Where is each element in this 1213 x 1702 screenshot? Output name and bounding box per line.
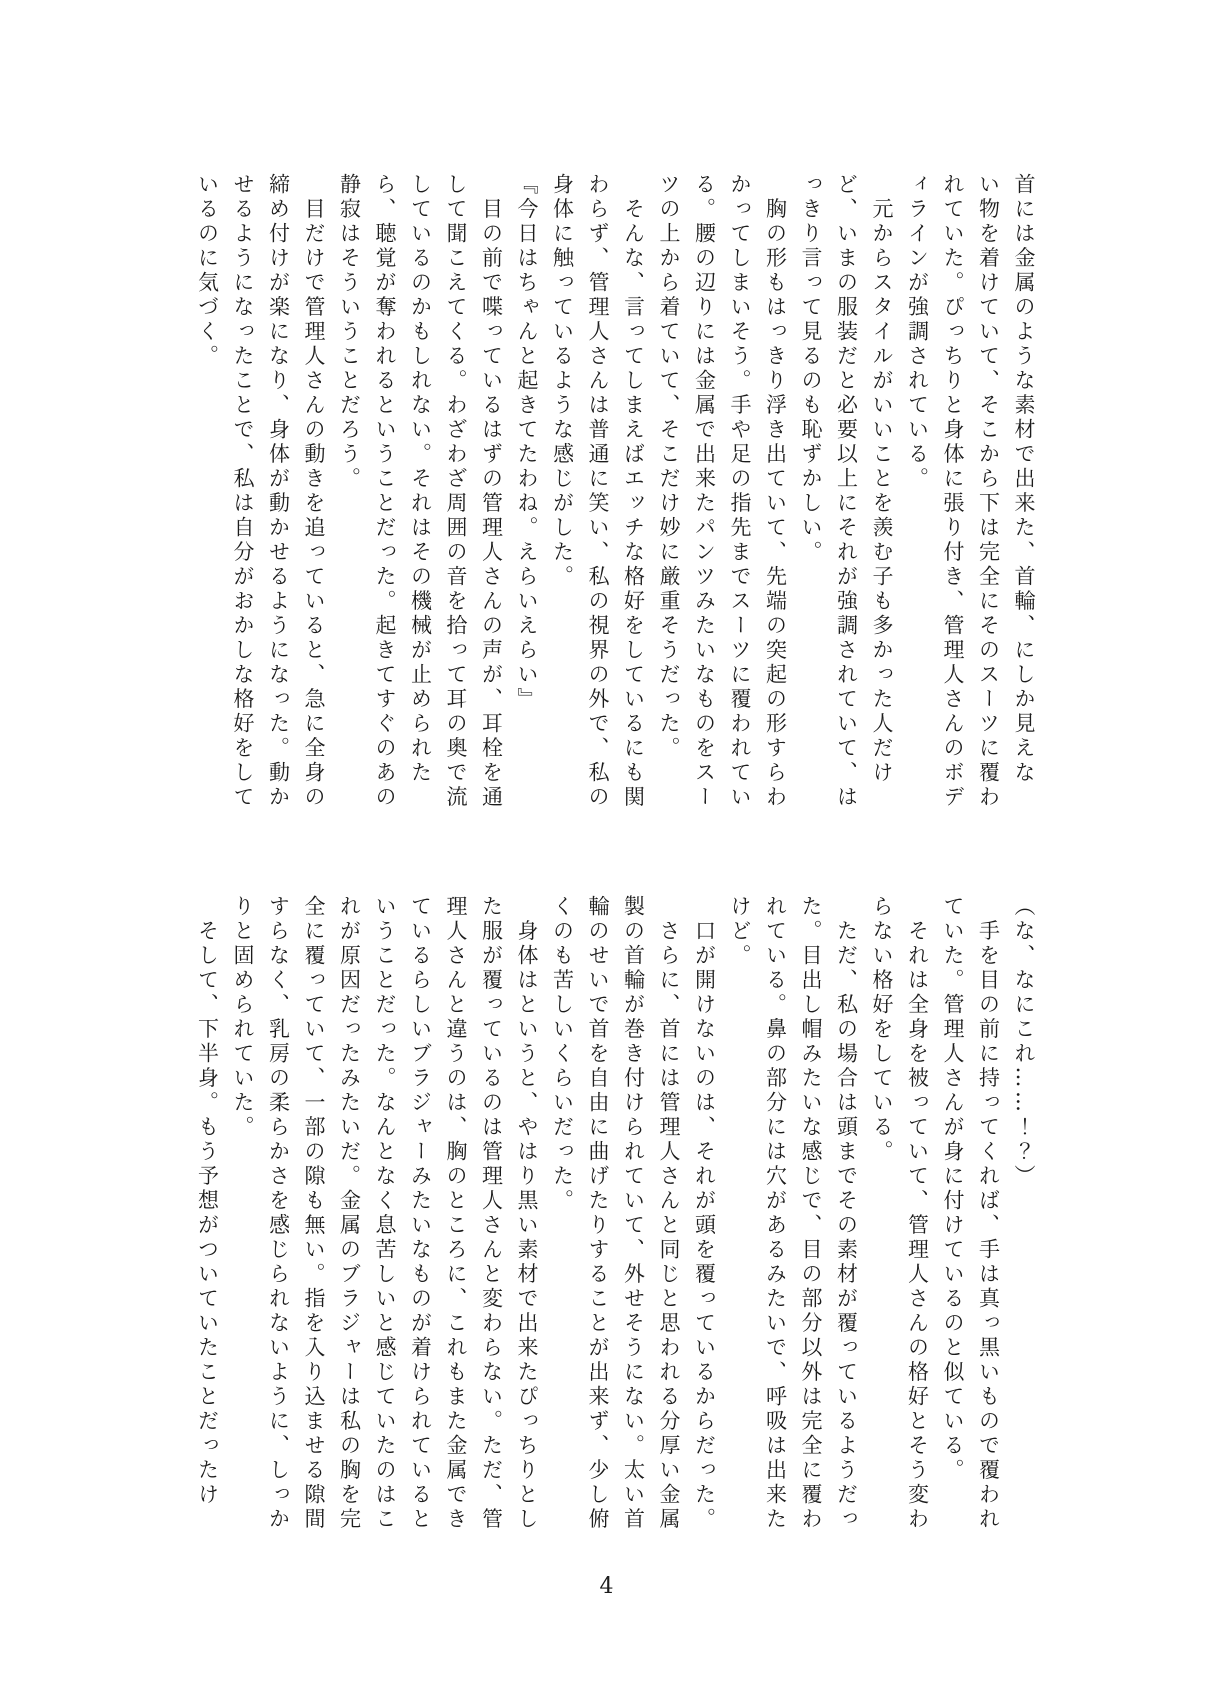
text-block-top: 首には金属のような素材で出来た、首輪、にしか見えな い物を着けていて、そこから下… xyxy=(189,173,1041,821)
text-line: そんな、言ってしまえばエッチな格好をしているにも関 xyxy=(615,173,651,821)
text-line: 全に覆っていて、一部の隙も無い。指を入り込ませる隙間 xyxy=(296,895,332,1543)
text-line: 目の前で喋っているはずの管理人さんの声が、耳栓を通 xyxy=(473,173,509,821)
text-line: そして、下半身。もう予想がついていたことだったけ xyxy=(189,895,225,1543)
text-line: しているのかもしれない。それはその機械が止められた xyxy=(402,173,438,821)
text-line: た。目出し帽みたいな感じで、目の部分以外は完全に覆わ xyxy=(793,895,829,1543)
text-line: ツの上から着ていて、そこだけ妙に厳重そうだった。 xyxy=(651,173,687,821)
text-line: 輪のせいで首を自由に曲げたりすることが出来ず、少し俯 xyxy=(580,895,616,1543)
text-line: いるのに気づく。 xyxy=(189,173,225,821)
text-line: 身体に触っているような感じがした。 xyxy=(544,173,580,821)
document-page: 首には金属のような素材で出来た、首輪、にしか見えな い物を着けていて、そこから下… xyxy=(0,0,1213,1702)
text-line: 口が開けないのは、それが頭を覆っているからだった。 xyxy=(686,895,722,1543)
text-line: 胸の形もはっきり浮き出ていて、先端の突起の形すらわ xyxy=(757,173,793,821)
text-line: して聞こえてくる。わざわざ周囲の音を拾って耳の奥で流 xyxy=(438,173,474,821)
text-line: 理人さんと違うのは、胸のところに、これもまた金属でき xyxy=(438,895,474,1543)
text-line: れが原因だったみたいだ。金属のブラジャーは私の胸を完 xyxy=(331,895,367,1543)
text-line: わらず、管理人さんは普通に笑い、私の視界の外で、私の xyxy=(580,173,616,821)
page-number: 4 xyxy=(0,1574,1213,1599)
text-line: ているらしいブラジャーみたいなものが着けられていると xyxy=(402,895,438,1543)
text-line: ただ、私の場合は頭までその素材が覆っているようだっ xyxy=(828,895,864,1543)
text-line: せるようになったことで、私は自分がおかしな格好をして xyxy=(225,173,261,821)
text-line: ていた。管理人さんが身に付けているのと似ている。 xyxy=(935,895,971,1543)
text-line: 身体はというと、やはり黒い素材で出来たぴっちりとし xyxy=(509,895,545,1543)
text-line: それは全身を被っていて、管理人さんの格好とそう変わ xyxy=(899,895,935,1543)
text-line: 首には金属のような素材で出来た、首輪、にしか見えな xyxy=(1006,173,1042,821)
text-line: くのも苦しいくらいだった。 xyxy=(544,895,580,1543)
text-line: （な、なにこれ……！？） xyxy=(1006,895,1042,1543)
text-line: 手を目の前に持ってくれば、手は真っ黒いもので覆われ xyxy=(970,895,1006,1543)
text-line: っきり言って見るのも恥ずかしい。 xyxy=(793,173,829,821)
text-line: 締め付けが楽になり、身体が動かせるようになった。動か xyxy=(260,173,296,821)
text-line: らない格好をしている。 xyxy=(864,895,900,1543)
text-line: れている。鼻の部分には穴があるみたいで、呼吸は出来た xyxy=(757,895,793,1543)
text-line: かってしまいそう。手や足の指先までスーツに覆われてい xyxy=(722,173,758,821)
text-line: た服が覆っているのは管理人さんと変わらない。ただ、管 xyxy=(473,895,509,1543)
text-line: れていた。ぴっちりと身体に張り付き、管理人さんのボデ xyxy=(935,173,971,821)
text-line: すらなく、乳房の柔らかさを感じられないように、しっか xyxy=(260,895,296,1543)
text-line: 元からスタイルがいいことを羨む子も多かった人だけ xyxy=(864,173,900,821)
text-line: る。腰の辺りには金属で出来たパンツみたいなものをスー xyxy=(686,173,722,821)
text-line: 目だけで管理人さんの動きを追っていると、急に全身の xyxy=(296,173,332,821)
text-line: けど。 xyxy=(722,895,758,1543)
text-line: さらに、首には管理人さんと同じと思われる分厚い金属 xyxy=(651,895,687,1543)
text-line: 製の首輪が巻き付けられていて、外せそうにない。太い首 xyxy=(615,895,651,1543)
text-line: 『今日はちゃんと起きてたわね。えらいえらい』 xyxy=(509,173,545,821)
text-line: りと固められていた。 xyxy=(225,895,261,1543)
text-line: ら、聴覚が奪われるということだった。起きてすぐのあの xyxy=(367,173,403,821)
text-block-bottom: （な、なにこれ……！？） 手を目の前に持ってくれば、手は真っ黒いもので覆われ て… xyxy=(189,895,1041,1543)
text-line: 静寂はそういうことだろう。 xyxy=(331,173,367,821)
text-line: ど、いまの服装だと必要以上にそれが強調されていて、は xyxy=(828,173,864,821)
text-line: ィラインが強調されている。 xyxy=(899,173,935,821)
text-line: い物を着けていて、そこから下は完全にそのスーツに覆わ xyxy=(970,173,1006,821)
text-line: いうことだった。なんとなく息苦しいと感じていたのはこ xyxy=(367,895,403,1543)
